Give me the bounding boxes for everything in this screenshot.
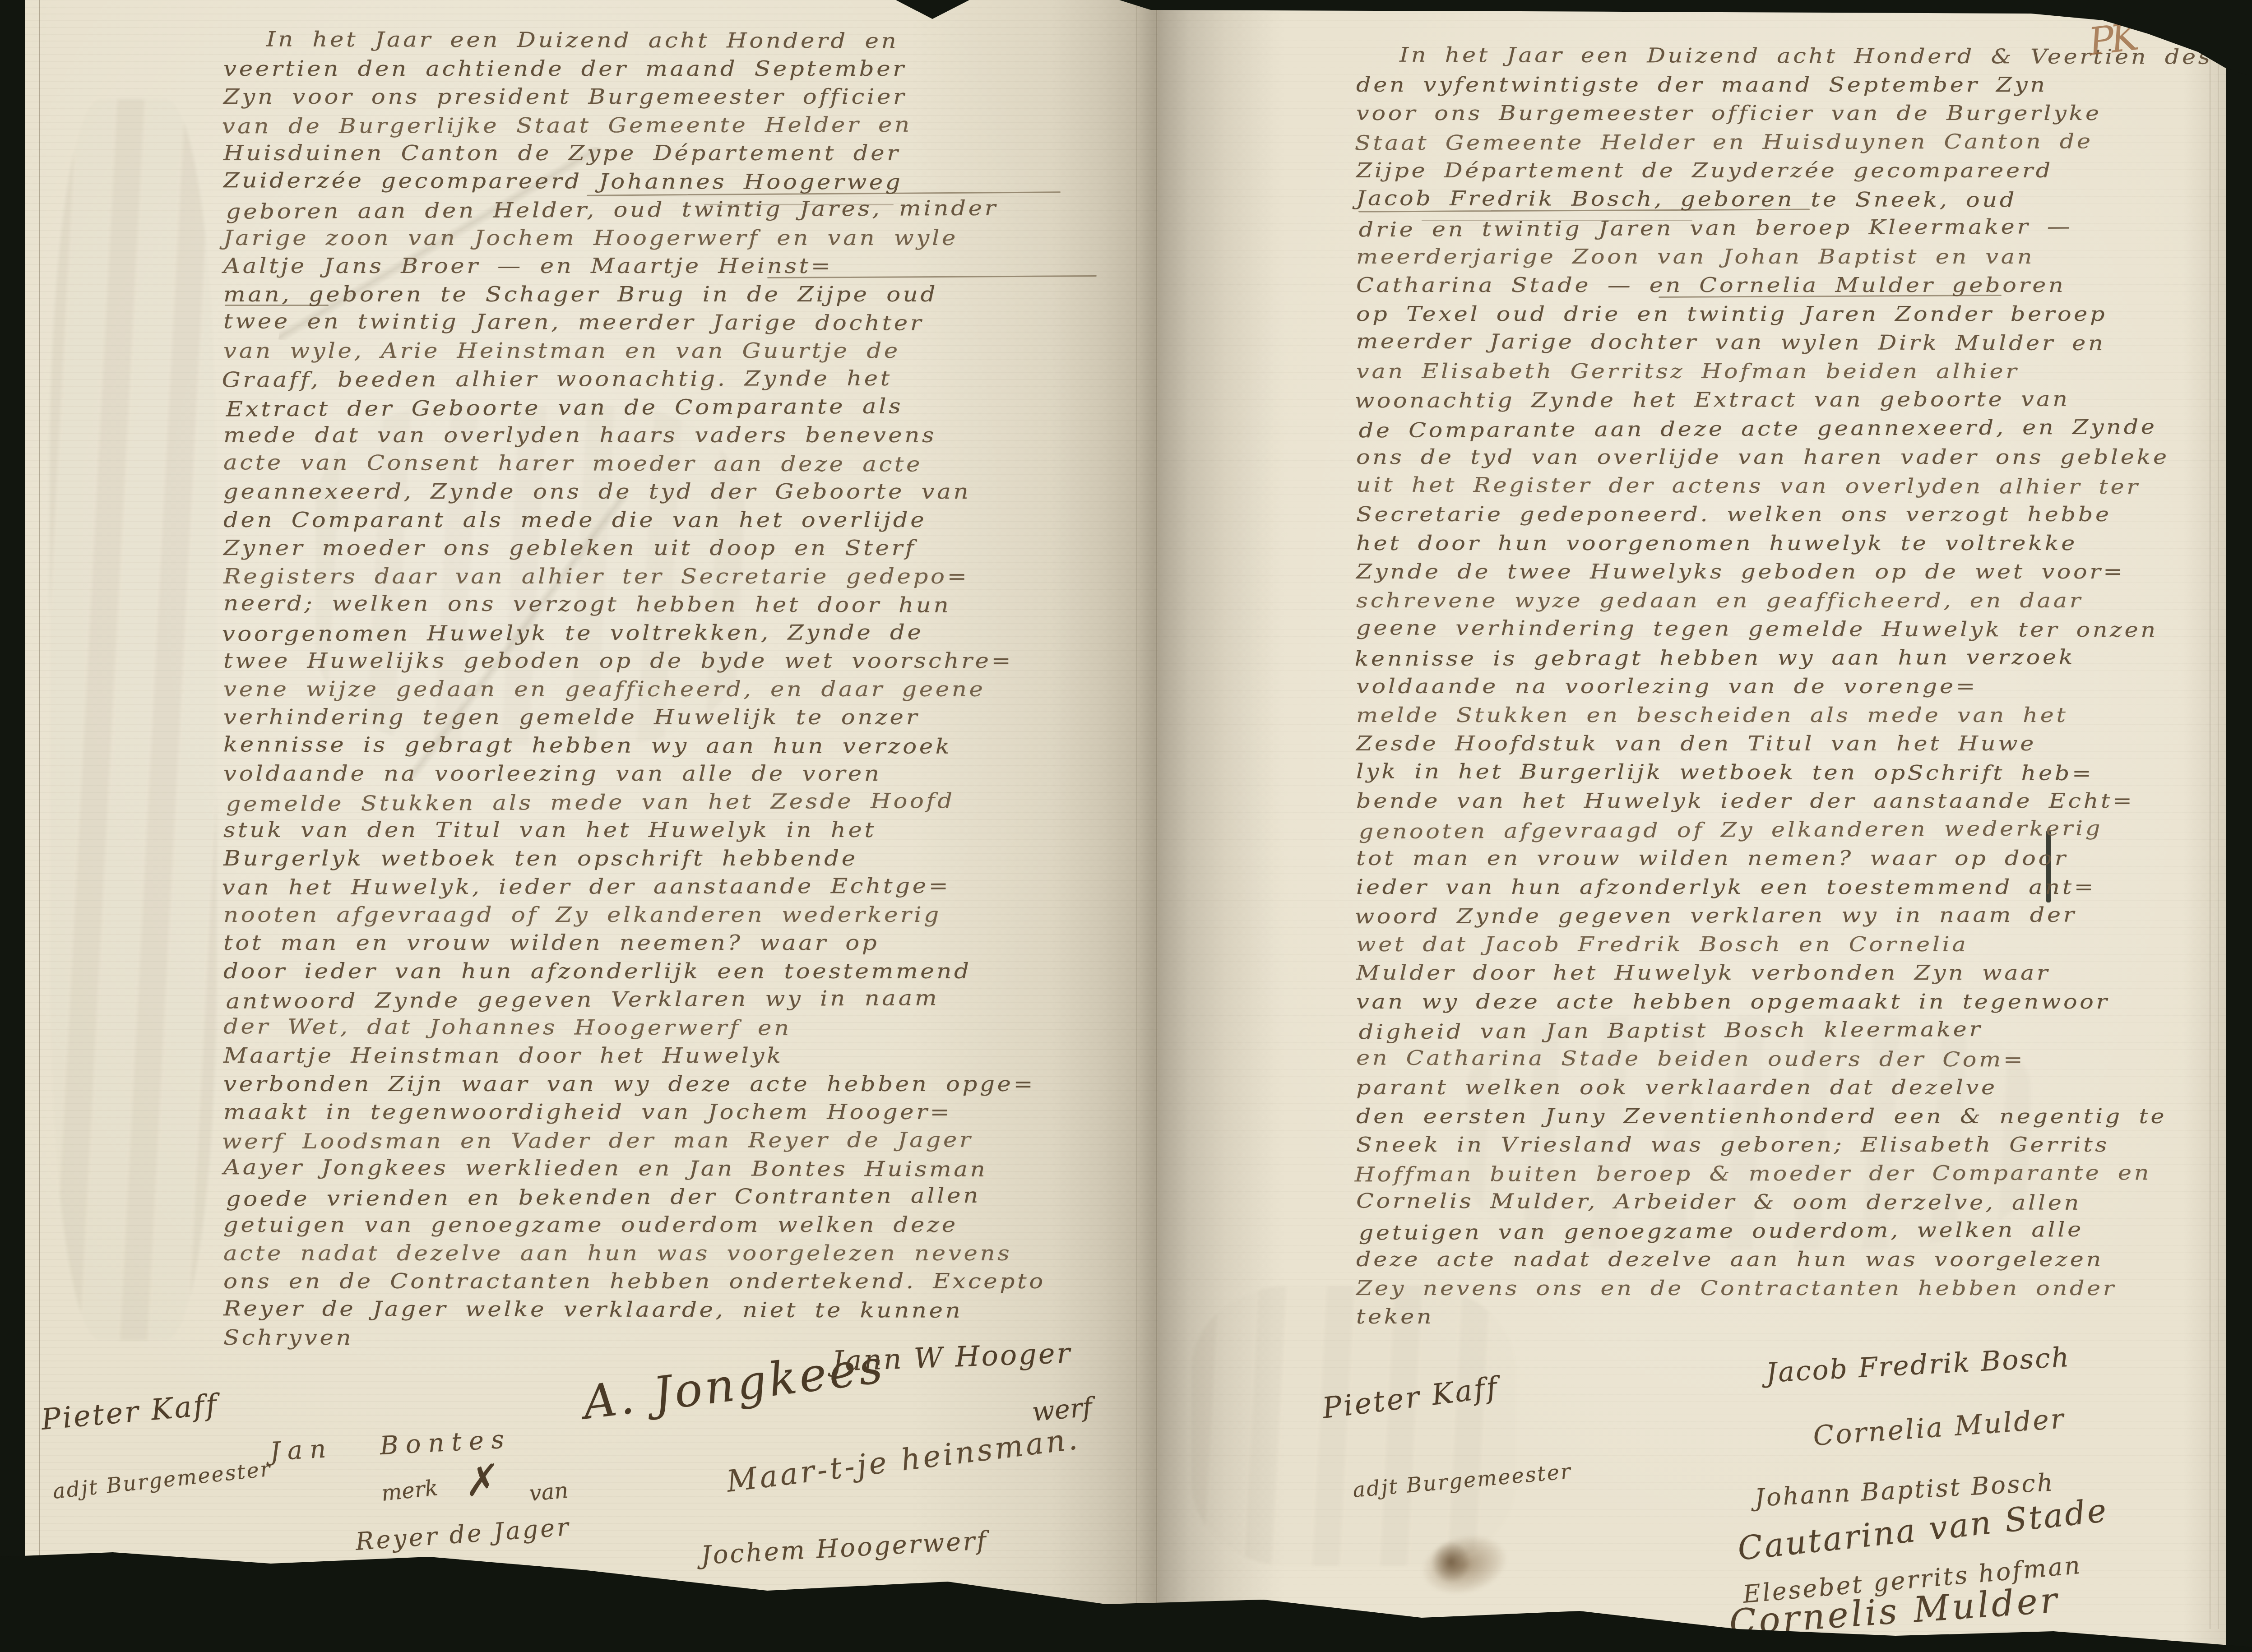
manuscript-line: Maartje Heinstman door het Huwelyk: [223, 1041, 1112, 1070]
ink-underline: [704, 204, 894, 205]
manuscript-line: der Wet, dat Johannes Hoogerwerf en: [223, 1012, 1112, 1043]
manuscript-line: geene verhindering tegen gemelde Huwelyk…: [1356, 613, 2203, 644]
manuscript-line: Zijpe Département de Zuyderzée gecompare…: [1356, 156, 2203, 185]
manuscript-line: van de Burgerlijke Staat Gemeente Helder…: [222, 110, 1110, 140]
manuscript-line: den Comparant als mede die van het overl…: [223, 506, 1112, 534]
manuscript-line: Zyn voor ons president Burgemeester offi…: [223, 83, 1112, 111]
manuscript-line: Burgerlyk wetboek ten opschrift hebbende: [223, 844, 1112, 873]
manuscript-line: drie en twintig Jaren van beroep Kleerma…: [1358, 212, 2205, 244]
manuscript-line: In het Jaar een Duizend acht Honderd en: [223, 25, 1112, 56]
manuscript-line: woonachtig Zynde het Extract van geboort…: [1355, 384, 2201, 415]
manuscript-line: voor ons Burgemeester officier van de Bu…: [1356, 99, 2203, 128]
manuscript-line: de Comparante aan deze acte geannexeerd,…: [1358, 412, 2205, 444]
manuscript-line: verhindering tegen gemelde Huwelijk te o…: [223, 703, 1112, 731]
page-edge-line: [2218, 18, 2219, 1629]
manuscript-line: Extract der Geboorte van de Comparante a…: [226, 391, 1114, 423]
manuscript-line: geboren aan den Helder, oud twintig Jare…: [226, 193, 1114, 226]
manuscript-line: Secretarie gedeponeerd. welken ons verzo…: [1356, 500, 2203, 529]
manuscript-line: acte nadat dezelve aan hun was voorgelez…: [223, 1239, 1112, 1268]
manuscript-line: maakt in tegenwoordigheid van Jochem Hoo…: [223, 1098, 1112, 1126]
manuscript-line: Cornelis Mulder, Arbeider & oom derzelve…: [1356, 1186, 2203, 1217]
manuscript-line: van wyle, Arie Heinstman en van Guurtje …: [223, 337, 1112, 365]
manuscript-line: van het Huwelyk, ieder der aanstaande Ec…: [222, 871, 1110, 902]
manuscript-line: den eersten Juny Zeventienhonderd een & …: [1356, 1102, 2203, 1131]
manuscript-line: acte van Consent harer moeder aan deze a…: [223, 448, 1112, 479]
manuscript-line: meerderjarige Zoon van Johan Baptist en …: [1356, 242, 2203, 271]
manuscript-text-left: In het Jaar een Duizend acht Honderd env…: [223, 26, 1112, 1352]
manuscript-line: Zynde de twee Huwelyks geboden op de wet…: [1356, 557, 2203, 586]
manuscript-line: veertien den achtiende der maand Septemb…: [223, 55, 1112, 83]
manuscript-line: Staat Gemeente Helder en Huisduynen Cant…: [1355, 126, 2201, 157]
manuscript-line: meerder Jarige dochter van wylen Dirk Mu…: [1356, 327, 2203, 358]
manuscript-line: Aayer Jongkees werklieden en Jan Bontes …: [223, 1153, 1112, 1184]
manuscript-line: deze acte nadat dezelve aan hun was voor…: [1356, 1245, 2203, 1274]
ink-underline: [225, 305, 329, 306]
scan-border-left: [0, 0, 25, 1652]
manuscript-line: ons de tyd van overlijde van haren vader…: [1356, 443, 2203, 472]
manuscript-line: Jarige zoon van Jochem Hoogerwerf en van…: [223, 224, 1112, 252]
manuscript-line: voldaande na voorlezing van de vorenge=: [1356, 672, 2203, 701]
manuscript-line: ons en de Contractanten hebben onderteke…: [223, 1267, 1112, 1296]
signature-hoogerwerf-continued: werf: [1031, 1392, 1094, 1427]
fold-crease-line: [1156, 0, 1157, 1633]
manuscript-line: voldaande na voorleezing van alle de vor…: [223, 759, 1112, 788]
manuscript-line: man, geboren te Schager Brug in de Zijpe…: [223, 280, 1112, 309]
ink-smudge: [1424, 1533, 1478, 1591]
manuscript-line: ieder van hun afzonderlyk een toestemmen…: [1356, 873, 2203, 902]
manuscript-line: vene wijze gedaan en geafficheerd, en da…: [223, 675, 1112, 703]
manuscript-line: melde Stukken en bescheiden als mede van…: [1356, 701, 2203, 730]
manuscript-line: woord Zynde gegeven verklaren wy in naam…: [1355, 900, 2201, 931]
manuscript-line: Zesde Hoofdstuk van den Titul van het Hu…: [1356, 729, 2203, 758]
manuscript-line: stuk van den Titul van het Huwelyk in he…: [223, 816, 1112, 844]
manuscript-text-right: In het Jaar een Duizend acht Honderd & V…: [1356, 42, 2203, 1331]
manuscript-line: verbonden Zijn waar van wy deze acte heb…: [223, 1070, 1112, 1098]
manuscript-line: van wy deze acte hebben opgemaakt in teg…: [1356, 987, 2203, 1016]
manuscript-line: tot man en vrouw wilden nemen? waar op d…: [1356, 844, 2203, 873]
manuscript-line: en Catharina Stade beiden ouders der Com…: [1356, 1043, 2203, 1074]
manuscript-line: genooten afgevraagd of Zy elkanderen wed…: [1358, 813, 2205, 846]
register-scan: In het Jaar een Duizend acht Honderd env…: [0, 0, 2252, 1652]
manuscript-line: het door hun voorgenomen huwelyk te volt…: [1356, 529, 2203, 558]
manuscript-line: geannexeerd, Zynde ons de tyd der Geboor…: [223, 477, 1112, 506]
manuscript-line: getuigen van genoegzame ouderdom welken …: [223, 1211, 1112, 1239]
manuscript-line: bende van het Huwelyk ieder der aanstaan…: [1356, 787, 2203, 815]
manuscript-line: voorgenomen Huwelyk te voltrekken, Zynde…: [222, 617, 1110, 648]
manuscript-line: wet dat Jacob Fredrik Bosch en Cornelia: [1356, 930, 2203, 959]
manuscript-line: Zey nevens ons en de Contractanten hebbe…: [1356, 1274, 2203, 1303]
manuscript-line: Hoffman buiten beroep & moeder der Compa…: [1355, 1158, 2201, 1189]
manuscript-line: tot man en vrouw wilden neemen? waar op: [223, 929, 1112, 957]
manuscript-line: antwoord Zynde gegeven Verklaren wy in n…: [226, 983, 1114, 1015]
manuscript-line: goede vrienden en bekenden der Contrante…: [226, 1180, 1114, 1213]
manuscript-line: Mulder door het Huwelyk verbonden Zyn wa…: [1356, 958, 2203, 987]
manuscript-line: Catharina Stade — en Cornelia Mulder geb…: [1356, 271, 2203, 300]
manuscript-line: neerd; welken ons verzogt hebben het doo…: [223, 589, 1112, 620]
manuscript-line: op Texel oud drie en twintig Jaren Zonde…: [1356, 300, 2203, 329]
page-edge-line: [44, 0, 44, 1579]
manuscript-line: mede dat van overlyden haars vaders bene…: [223, 421, 1112, 449]
manuscript-line: Graaff, beeden alhier woonachtig. Zynde …: [222, 364, 1110, 394]
manuscript-line: Registers daar van alhier ter Secretarie…: [223, 562, 1112, 591]
manuscript-line: door ieder van hun afzonderlijk een toes…: [223, 957, 1112, 986]
manuscript-line: gemelde Stukken als mede van het Zesde H…: [226, 786, 1114, 818]
manuscript-line: nooten afgevraagd of Zy elkanderen weder…: [223, 901, 1112, 929]
manuscript-line: getuigen van genoegzame ouderdom, welken…: [1358, 1214, 2205, 1247]
manuscript-line: schrevene wyze gedaan en geafficheerd, e…: [1356, 586, 2203, 615]
manuscript-line: teken: [1356, 1302, 2203, 1331]
manuscript-line: uit het Register der actens van overlyde…: [1356, 470, 2203, 501]
manuscript-line: den vyfentwintigste der maand September …: [1356, 70, 2203, 99]
manuscript-line: digheid van Jan Baptist Bosch kleermaker: [1358, 1014, 2205, 1046]
page-edge-line: [39, 0, 40, 1579]
manuscript-line: twee Huwelijks geboden op de byde wet vo…: [223, 647, 1112, 675]
page-edge-line: [2210, 14, 2210, 1629]
manuscript-line: Huisduinen Canton de Zype Département de…: [223, 139, 1112, 167]
manuscript-line: lyk in het Burgerlijk wetboek ten opSchr…: [1356, 757, 2203, 788]
manuscript-line: kennisse is gebragt hebben wy aan hun ve…: [1355, 642, 2201, 673]
manuscript-line: In het Jaar een Duizend acht Honderd & V…: [1356, 40, 2203, 71]
manuscript-line: parant welken ook verklaarden dat dezelv…: [1356, 1073, 2203, 1102]
mark-label-van: van: [528, 1478, 569, 1506]
manuscript-line: kennisse is gebragt hebben wy aan hun ve…: [223, 730, 1112, 761]
ink-underline: [1422, 220, 1692, 221]
manuscript-line: werf Loodsman en Vader der man Reyer de …: [222, 1125, 1110, 1155]
manuscript-line: twee en twintig Jaren, meerder Jarige do…: [223, 307, 1112, 338]
manuscript-line: van Elisabeth Gerritsz Hofman beiden alh…: [1356, 357, 2203, 386]
scan-border-right: [2226, 0, 2252, 1652]
fold-crease-line: [1136, 0, 1137, 1624]
manuscript-line: Reyer de Jager welke verklaarde, niet te…: [223, 1294, 1112, 1325]
manuscript-line: Sneek in Vriesland was geboren; Elisabet…: [1356, 1130, 2203, 1159]
manuscript-line: Zyner moeder ons gebleken uit doop en St…: [223, 534, 1112, 562]
